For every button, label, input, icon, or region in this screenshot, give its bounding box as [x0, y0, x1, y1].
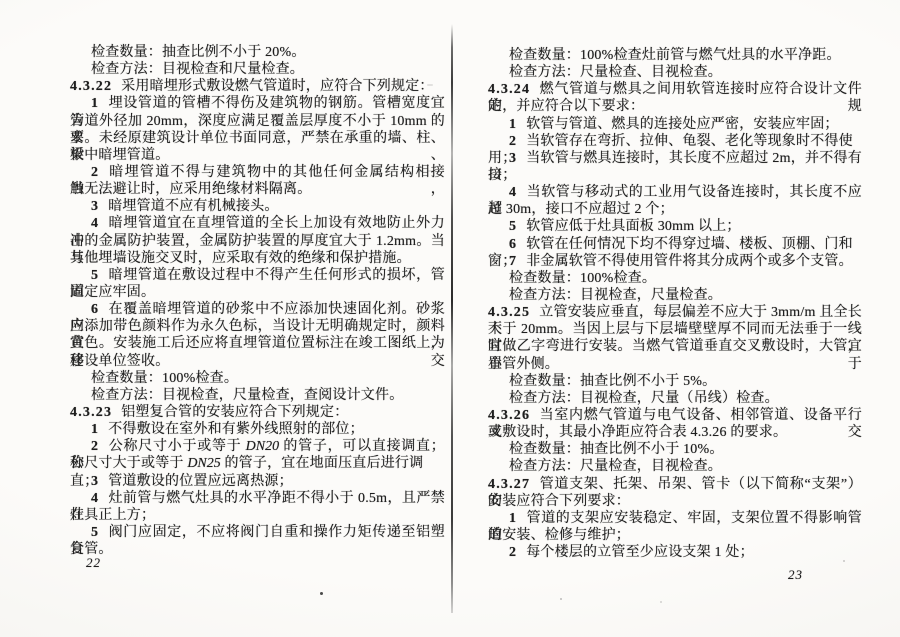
item-number: 5 — [91, 525, 98, 540]
numbered-item-line: 3管道敷设的位置应远离热源； — [70, 473, 445, 490]
section-number: 4.3.26 — [488, 408, 530, 423]
text-line: 检查数量：100%检查。 — [488, 270, 862, 287]
page-number-left: 22 — [86, 555, 101, 571]
numbered-item-line: 1软管与管道、燃具的连接处应严密，安装应牢固； — [488, 116, 862, 133]
item-number: 1 — [91, 96, 98, 111]
text-line: 检查数量：抽查比例不小于 10%。 — [488, 441, 862, 458]
numbered-item-line: 2当软管存在弯折、拉伸、龟裂、老化等现象时不得使用； — [488, 133, 862, 150]
text-line: 检查数量：100%检查。 — [70, 370, 445, 387]
numbered-item-line: 6软管在任何情况下均不得穿过墙、楼板、顶棚、门和窗； — [488, 236, 862, 253]
page-number-right: 23 — [788, 567, 803, 583]
item-number: 3 — [91, 199, 98, 214]
text-line: 检查数量：抽查比例不小于 5%。 — [488, 373, 862, 390]
numbered-item-line: 4灶前管与燃气灶具的水平净距不得小于 0.5m，且严禁在 — [70, 490, 445, 507]
scan-speck — [843, 560, 845, 562]
text-line: 检查方法：目视检查，尺量（吊线）检查。 — [488, 390, 862, 407]
item-number: 1 — [509, 117, 516, 132]
numbered-item-line: 4暗埋管道宜在直埋管道的全长上加设有效地防止外力冲 — [70, 215, 445, 232]
page-gutter-line — [451, 24, 453, 613]
item-number: 6 — [91, 302, 98, 317]
scan-speck — [427, 170, 432, 172]
scan-speck — [320, 592, 323, 595]
item-number: 1 — [91, 422, 98, 437]
text-line: 检查方法：尺量检查，目视检查。 — [488, 458, 862, 475]
scan-speck — [560, 598, 562, 600]
numbered-item-line: 1不得敷设在室外和有紫外线照射的部位； — [70, 421, 445, 438]
text-line: 称尺寸大于或等于 DN25 的管子，宜在地面压直后进行调直； — [70, 455, 445, 472]
text-line: 灶具正上方； — [70, 507, 445, 524]
numbered-item-line: 2公称尺寸小于或等于 DN20 的管子，可以直接调直；公 — [70, 438, 445, 455]
section-heading-line: 4.3.22采用暗埋形式敷设燃气管道时，应符合下列规定： — [70, 78, 445, 95]
section-number: 4.3.24 — [488, 82, 530, 97]
numbered-item-line: 7非金属软管不得使用管件将其分成两个或多个支管。 — [488, 253, 862, 270]
numbered-item-line: 5软管应低于灶具面板 30mm 以上； — [488, 218, 862, 235]
scan-speck — [660, 601, 662, 603]
section-heading-line: 4.3.24燃气管道与燃具之间用软管连接时应符合设计文件的规 — [488, 81, 862, 98]
section-heading-line: 4.3.27管道支架、托架、吊架、管卡（以下简称“支架”）的 — [488, 476, 862, 493]
section-number: 4.3.22 — [70, 79, 112, 94]
item-number: 7 — [509, 254, 516, 269]
text-line: 其他埋墙设施交叉时，应采取有效的绝缘和保护措施。 — [70, 250, 445, 267]
text-line: 检查数量：抽查比例不小于 20%。 — [70, 44, 445, 61]
text-line: 检查数量：100%检查灶前管与燃气灶具的水平净距。 — [488, 47, 862, 64]
section-number: 4.3.27 — [488, 477, 530, 492]
numbered-item-line: 1埋设管道的管槽不得伤及建筑物的钢筋。管槽宽度宜为 — [70, 95, 445, 112]
text-line: 应添加带色颜料作为永久色标，当设计无明确规定时，颜料宜为 — [70, 318, 445, 335]
item-number: 2 — [91, 165, 98, 180]
item-number: 2 — [509, 545, 516, 560]
item-number: 6 — [509, 237, 516, 252]
text-line: 安装应符合下列要求： — [488, 493, 862, 510]
item-number: 5 — [91, 268, 98, 283]
numbered-item-line: 4当软管与移动式的工业用气设备连接时，其长度不应超 — [488, 184, 862, 201]
item-number: 3 — [91, 474, 98, 489]
section-number: 4.3.23 — [70, 405, 112, 420]
section-heading-line: 4.3.26当室内燃气管道与电气设备、相邻管道、设备平行或交 — [488, 407, 862, 424]
text-line: 的安装、检修与维护； — [488, 527, 862, 544]
numbered-item-line: 5暗埋管道在敷设过程中不得产生任何形式的损坏，管道 — [70, 267, 445, 284]
text-line: 检查方法：目视检查，尺量检查，查阅设计文件。 — [70, 387, 445, 404]
item-number: 4 — [91, 491, 98, 506]
numbered-item-line: 5阀门应固定，不应将阀门自重和操作力矩传递至铝塑复 — [70, 524, 445, 541]
item-number: 3 — [509, 151, 516, 166]
numbered-item-line: 2每个楼层的立管至少应设支架 1 处； — [488, 544, 862, 561]
left-page-text-column: 检查数量：抽查比例不小于 20%。检查方法：目视检查和尺量检查。4.3.22采用… — [70, 44, 445, 558]
right-page-text-column: 检查数量：100%检查灶前管与燃气灶具的水平净距。检查方法：尺量检查、目视检查。… — [488, 47, 862, 561]
text-line: 击的金属防护装置，金属防护装置的厚度宜大于 1.2mm。当与 — [70, 233, 445, 250]
item-number: 2 — [509, 134, 516, 149]
numbered-item-line: 1管道的支架应安装稳定、牢固，支架位置不得影响管道 — [488, 510, 862, 527]
numbered-item-line: 3当软管与燃具连接时，其长度不应超过 2m，并不得有接 — [488, 150, 862, 167]
section-heading-line: 4.3.23铝塑复合管的安装应符合下列规定： — [70, 404, 445, 421]
text-line: 大于 20mm。当因上层与下层墙壁壁厚不同而无法垂于一线时， — [488, 321, 862, 338]
numbered-item-line: 3暗埋管道不应有机械接头。 — [70, 198, 445, 215]
scan-speck — [427, 84, 433, 86]
text-line: 检查方法：目视检查和尺量检查。 — [70, 61, 445, 78]
text-line: 宜做乙字弯进行安装。当燃气管道垂直交叉敷设时，大管宜置于 — [488, 338, 862, 355]
scanned-document-spread: 检查数量：抽查比例不小于 20%。检查方法：目视检查和尺量检查。4.3.22采用… — [0, 0, 900, 637]
item-number: 2 — [91, 439, 98, 454]
numbered-item-line: 6在覆盖暗埋管道的砂浆中不应添加快速固化剂。砂浆内 — [70, 301, 445, 318]
text-line: 口； — [488, 167, 862, 184]
text-line: 求。未经原建筑设计单位书面同意，严禁在承重的墙、柱、梁、 — [70, 130, 445, 147]
text-line: 过 30m，接口不应超过 2 个； — [488, 201, 862, 218]
section-heading-line: 4.3.25立管安装应垂直，每层偏差不应大于 3mm/m 且全长不 — [488, 304, 862, 321]
item-number: 1 — [509, 511, 516, 526]
text-line: 合管。 — [70, 541, 445, 558]
item-number: 5 — [509, 219, 516, 234]
section-number: 4.3.25 — [488, 305, 530, 320]
item-number: 4 — [509, 185, 516, 200]
text-line: 管道外径加 20mm，深度应满足覆盖层厚度不小于 10mm 的要 — [70, 113, 445, 130]
text-line: 固定应牢固。 — [70, 284, 445, 301]
text-line: 黄色。安装施工后还应将直埋管道位置标注在竣工图纸上，移交 — [70, 335, 445, 352]
text-line: 检查方法：尺量检查、目视检查。 — [488, 64, 862, 81]
numbered-item-line: 2暗埋管道不得与建筑物中的其他任何金属结构相接触， — [70, 164, 445, 181]
text-line: 检查方法：目视检查，尺量检查。 — [488, 287, 862, 304]
item-number: 4 — [91, 216, 98, 231]
